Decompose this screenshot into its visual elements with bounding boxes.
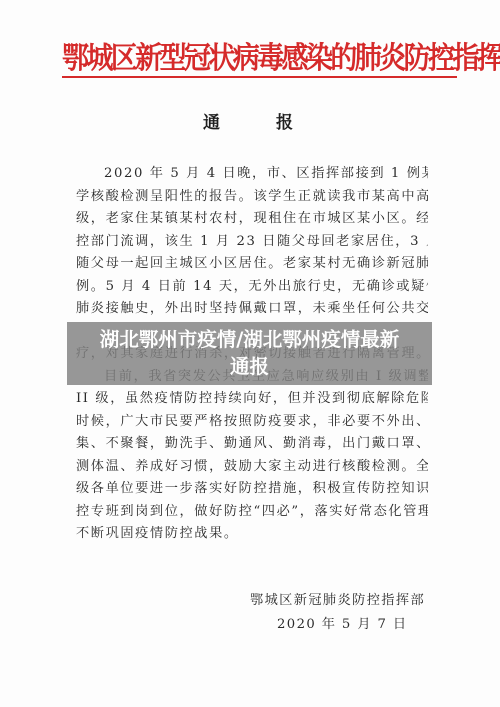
caption-overlay-title: 湖北鄂州市疫情/湖北鄂州疫情最新 通报 bbox=[67, 326, 432, 380]
signature-date: 2020 年 5 月 7 日 bbox=[277, 613, 407, 632]
signature-organization: 鄂城区新冠肺炎防控指挥部 bbox=[250, 589, 425, 608]
paragraph-1-line: 2020 年 5 月 4 日晚，市、区指挥部接到 1 例某学生复 bbox=[76, 163, 428, 186]
paragraph-2-line: 控专班到岗到位，做好防控“四必”，落实好常态化管理， bbox=[76, 501, 428, 524]
paragraph-1-line: 随父母一起回主城区小区居住。老家某村无确诊新冠肺炎病 bbox=[76, 253, 428, 276]
heading-char-1: 通 bbox=[203, 108, 220, 133]
paragraph-1-line: 肺炎接触史，外出时坚持佩戴口罩，未乘坐任何公共交通工 bbox=[76, 298, 428, 321]
paragraph-1-line: 学核酸检测呈阳性的报告。该学生正就读我市某高中高三年 bbox=[76, 186, 428, 209]
heading-char-2: 报 bbox=[276, 108, 293, 133]
paragraph-2-line: 不断巩固疫情防控战果。 bbox=[76, 523, 428, 546]
header-red-rule bbox=[62, 76, 457, 78]
document-heading: 通 报 bbox=[0, 108, 500, 132]
paragraph-2-line: 级各单位要进一步落实好防控措施，积极宣传防控知识，防 bbox=[76, 478, 428, 501]
paragraph-2-line: 测体温、养成好习惯，鼓励大家主动进行核酸检测。全区各 bbox=[76, 456, 428, 479]
caption-overlay-banner: 湖北鄂州市疫情/湖北鄂州疫情最新 通报 bbox=[67, 322, 432, 385]
paragraph-1-line: 控部门流调，该生 1 月 23 日随父母回老家居住，3 月 25 日 bbox=[76, 231, 428, 254]
paragraph-1-line: 例。5 月 4 日前 14 天，无外出旅行史，无确诊或疑似新冠 bbox=[76, 276, 428, 299]
document-header-title: 鄂城区新型冠状病毒感染的肺炎防控指挥部 bbox=[62, 40, 458, 78]
paragraph-1-line: 级，老家住某镇某村农村，现租住在市城区某小区。经市疾 bbox=[76, 208, 428, 231]
paragraph-2-line: 时候，广大市民要严格按照防疫要求，非必要不外出、不聚 bbox=[76, 411, 428, 434]
caption-line-1: 湖北鄂州市疫情/湖北鄂州疫情最新 bbox=[67, 326, 432, 353]
document-page: 鄂城区新型冠状病毒感染的肺炎防控指挥部 通 报 2020 年 5 月 4 日晚，… bbox=[0, 0, 500, 707]
paragraph-2-line: II 级，虽然疫情防控持续向好，但并没到彻底解除危险的 bbox=[76, 388, 428, 411]
paragraph-2-line: 集、不聚餐，勤洗手、勤通风、勤消毒，出门戴口罩、配合 bbox=[76, 433, 428, 456]
caption-line-2: 通报 bbox=[67, 353, 432, 380]
